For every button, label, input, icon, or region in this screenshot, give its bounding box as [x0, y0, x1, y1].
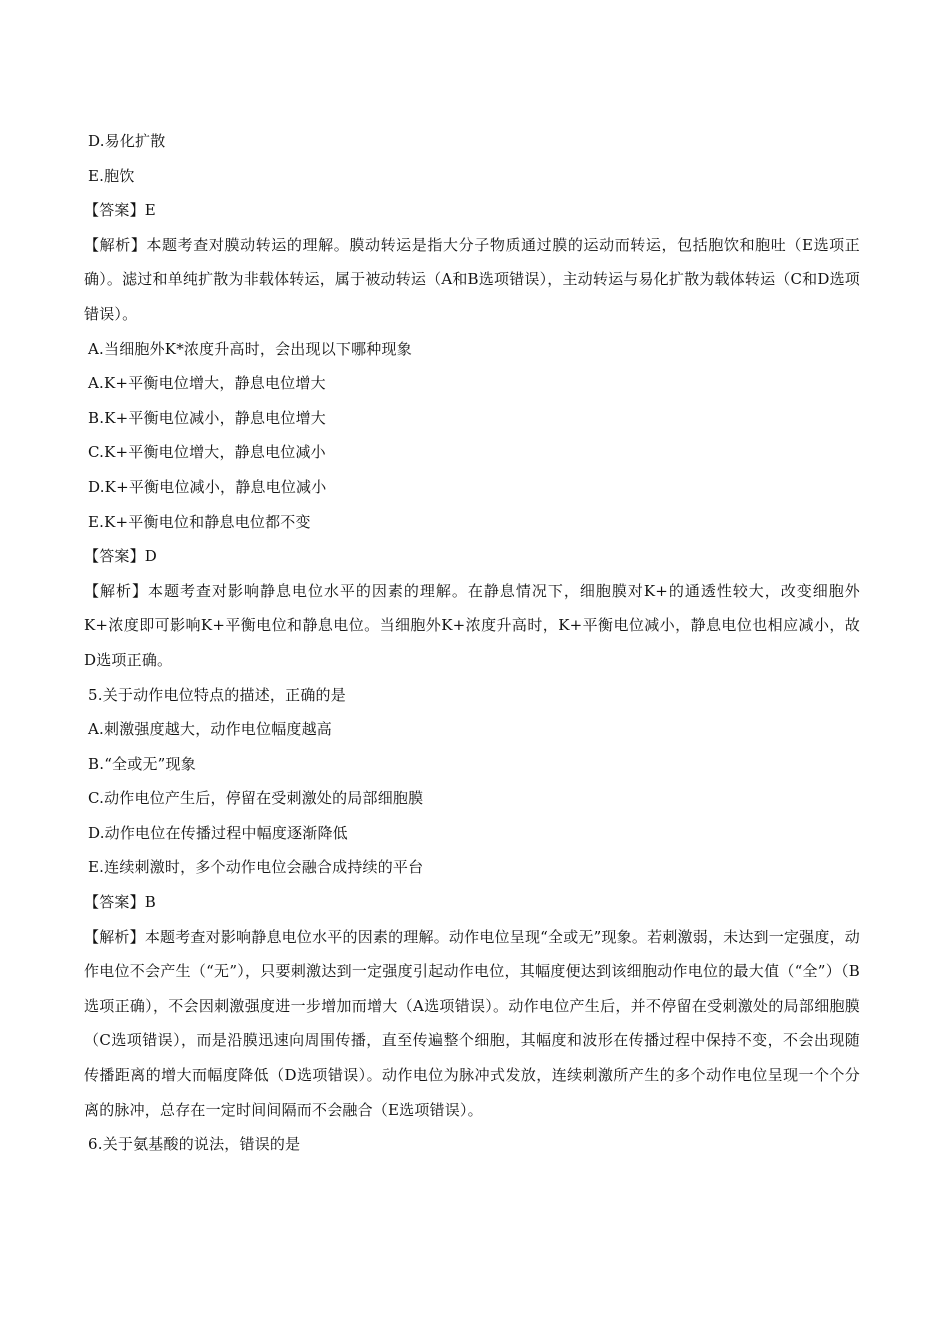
- option-c: C.动作电位产生后，停留在受刺激处的局部细胞膜: [88, 781, 860, 816]
- analysis-paragraph: 【解析】本题考查对膜动转运的理解。膜动转运是指大分子物质通过膜的运动而转运，包括…: [84, 228, 860, 332]
- question-title: 5.关于动作电位特点的描述，正确的是: [88, 678, 860, 713]
- option-e: E.连续刺激时，多个动作电位会融合成持续的平台: [88, 850, 860, 885]
- option-c: C.K+平衡电位增大，静息电位减小: [88, 435, 860, 470]
- option-e: E.K+平衡电位和静息电位都不变: [88, 505, 860, 540]
- option-d-facilitated-diffusion: D.易化扩散: [88, 124, 860, 159]
- option-d: D.K+平衡电位减小，静息电位减小: [88, 470, 860, 505]
- analysis-paragraph: 【解析】本题考查对影响静息电位水平的因素的理解。动作电位呈现“全或无”现象。若刺…: [84, 920, 860, 1128]
- answer-label: 【答案】B: [84, 885, 860, 920]
- question-title: A.当细胞外K*浓度升高时，会出现以下哪种现象: [88, 332, 860, 367]
- answer-label: 【答案】E: [84, 193, 860, 228]
- analysis-paragraph: 【解析】本题考查对影响静息电位水平的因素的理解。在静息情况下，细胞膜对K+的通透…: [84, 574, 860, 678]
- option-d: D.动作电位在传播过程中幅度逐渐降低: [88, 816, 860, 851]
- document-page: D.易化扩散 E.胞饮 【答案】E 【解析】本题考查对膜动转运的理解。膜动转运是…: [88, 124, 860, 1162]
- option-a: A.K+平衡电位增大，静息电位增大: [88, 366, 860, 401]
- option-e-pinocytosis: E.胞饮: [88, 159, 860, 194]
- answer-label: 【答案】D: [84, 539, 860, 574]
- option-a: A.刺激强度越大，动作电位幅度越高: [88, 712, 860, 747]
- option-b: B.K+平衡电位减小，静息电位增大: [88, 401, 860, 436]
- question-title: 6.关于氨基酸的说法，错误的是: [88, 1127, 860, 1162]
- option-b: B.“全或无”现象: [88, 747, 860, 782]
